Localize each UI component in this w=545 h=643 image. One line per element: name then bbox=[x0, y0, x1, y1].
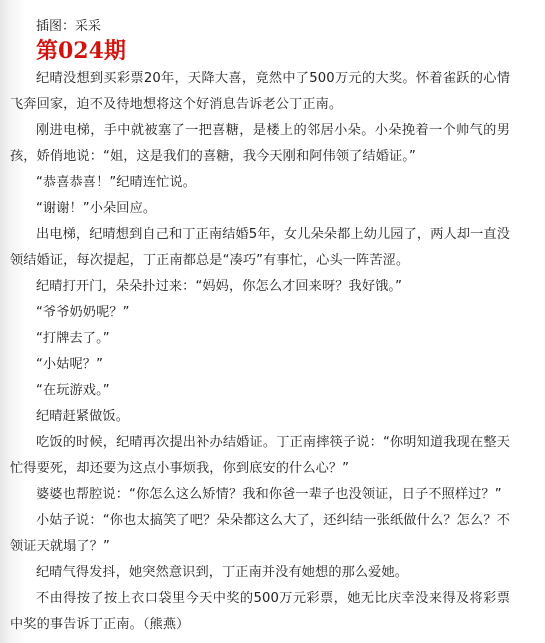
illustration-credit: 插图：采采 bbox=[36, 18, 510, 36]
paragraph: 吃饭的时候，纪晴再次提出补办结婚证。丁正南摔筷子说：“你明知道我现在整天忙得要死… bbox=[10, 430, 510, 482]
paragraph: 纪晴赶紧做饭。 bbox=[10, 404, 510, 430]
paragraph: “打牌去了。” bbox=[10, 326, 510, 352]
paragraph: “恭喜恭喜！”纪晴连忙说。 bbox=[10, 170, 510, 196]
paragraph: 纪晴打开门，朵朵扑过来：“妈妈，你怎么才回来呀？我好饿。” bbox=[10, 274, 510, 300]
issue-title: 第024期 bbox=[36, 38, 510, 64]
article: 插图：采采 第024期 纪晴没想到买彩票20年，天降大喜，竟然中了500万元的大… bbox=[10, 18, 510, 638]
paragraph: 出电梯，纪晴想到自己和丁正南结婚5年，女儿朵朵都上幼儿园了，两人却一直没领结婚证… bbox=[10, 222, 510, 274]
paragraph: 不由得按了按上衣口袋里今天中奖的500万元彩票，她无比庆幸没来得及将彩票中奖的事… bbox=[10, 586, 510, 638]
paragraph: 纪晴没想到买彩票20年，天降大喜，竟然中了500万元的大奖。怀着雀跃的心情飞奔回… bbox=[10, 66, 510, 118]
paragraph: “爷爷奶奶呢？” bbox=[10, 300, 510, 326]
paragraph: “在玩游戏。” bbox=[10, 378, 510, 404]
paragraph: “谢谢！”小朵回应。 bbox=[10, 196, 510, 222]
paragraph: “小姑呢？” bbox=[10, 352, 510, 378]
paragraph: 婆婆也帮腔说：“你怎么这么矫情？我和你爸一辈子也没领证，日子不照样过？” bbox=[10, 482, 510, 508]
paragraph: 小姑子说：“你也太搞笑了吧？朵朵都这么大了，还纠结一张纸做什么？怎么？不领证天就… bbox=[10, 508, 510, 560]
paragraph: 纪晴气得发抖，她突然意识到，丁正南并没有她想的那么爱她。 bbox=[10, 560, 510, 586]
paragraph: 刚进电梯，手中就被塞了一把喜糖，是楼上的邻居小朵。小朵挽着一个帅气的男孩，娇俏地… bbox=[10, 118, 510, 170]
